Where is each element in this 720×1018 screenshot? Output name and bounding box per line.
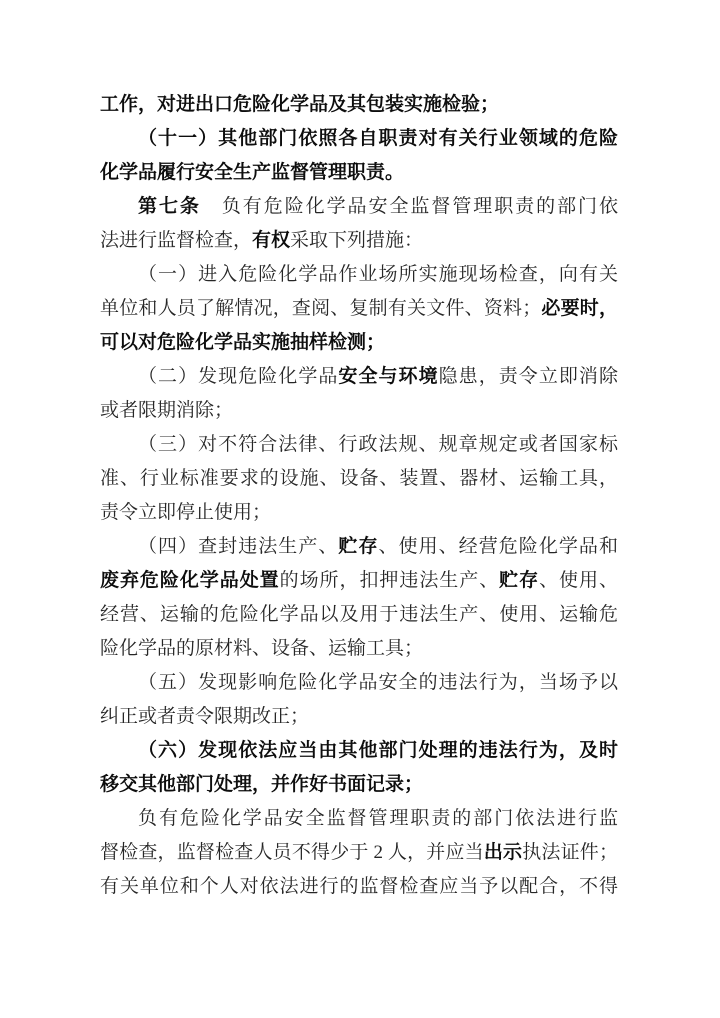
bold-text-run: 贮存 — [499, 570, 539, 591]
paragraph: 负有危险化学品安全监督管理职责的部门依法进行监督检查，监督检查人员不得少于 2 … — [100, 802, 618, 904]
text-line: 负有危险化学品安全监督管理职责的部门依法进行监 — [100, 802, 618, 836]
text-line: 或者限期消除； — [100, 394, 618, 428]
bold-text-run: 出示 — [484, 842, 522, 863]
text-line: 督检查，监督检查人员不得少于 2 人，并应当出示执法证件； — [100, 836, 618, 870]
paragraph: （六）发现依法应当由其他部门处理的违法行为，及时移交其他部门处理，并作好书面记录… — [100, 734, 618, 802]
text-line: 单位和人员了解情况，查阅、复制有关文件、资料；必要时， — [100, 292, 618, 326]
bold-text-run: （六）发现依法应当由其他部门处理的违法行为，及时 — [138, 740, 618, 761]
text-line: （三）对不符合法律、行政法规、规章规定或者国家标 — [100, 428, 618, 462]
text-line: 第七条 负有危险化学品安全监督管理职责的部门依 — [100, 190, 618, 224]
text-run: （四）查封违法生产、 — [138, 536, 338, 557]
text-run: 险化学品的原材料、设备、运输工具； — [100, 638, 423, 659]
text-line: 责令立即停止使用； — [100, 496, 618, 530]
text-run: 或者限期消除； — [100, 400, 233, 421]
bold-text-run: （十一）其他部门依照各自职责对有关行业领域的危险 — [138, 128, 618, 149]
text-run: 、使用、经营危险化学品和 — [379, 536, 618, 557]
text-line: （六）发现依法应当由其他部门处理的违法行为，及时 — [100, 734, 618, 768]
text-run: 隐患，责令立即消除 — [439, 366, 618, 387]
paragraph: （三）对不符合法律、行政法规、规章规定或者国家标准、行业标准要求的设施、设备、装… — [100, 428, 618, 530]
text-run: 准、行业标准要求的设施、设备、装置、器材、运输工具， — [100, 468, 618, 489]
text-run: 责令立即停止使用； — [100, 502, 271, 523]
bold-text-run: 化学品履行安全生产监督管理职责。 — [100, 162, 404, 183]
text-run: （五）发现影响危险化学品安全的违法行为，当场予以 — [138, 672, 618, 693]
text-line: （一）进入危险化学品作业场所实施现场检查，向有关 — [100, 258, 618, 292]
text-line: （四）查封违法生产、贮存、使用、经营危险化学品和 — [100, 530, 618, 564]
paragraph: 工作，对进出口危险化学品及其包装实施检验； — [100, 88, 618, 122]
text-run: 负有危险化学品安全监督管理职责的部门依法进行监 — [138, 808, 618, 829]
text-line: 险化学品的原材料、设备、运输工具； — [100, 632, 618, 666]
bold-text-run: 有权 — [252, 230, 290, 251]
text-run: 采取下列措施： — [290, 230, 423, 251]
text-run: 执法证件； — [522, 842, 618, 863]
bold-text-run: 可以对危险化学品实施抽样检测； — [100, 332, 385, 353]
text-line: 经营、运输的危险化学品以及用于违法生产、使用、运输危 — [100, 598, 618, 632]
text-run: 纠正或者责令限期改正； — [100, 706, 309, 727]
text-line: 化学品履行安全生产监督管理职责。 — [100, 156, 618, 190]
bold-text-run: 必要时， — [541, 298, 618, 319]
paragraph: （二）发现危险化学品安全与环境隐患，责令立即消除或者限期消除； — [100, 360, 618, 428]
paragraph: （十一）其他部门依照各自职责对有关行业领域的危险化学品履行安全生产监督管理职责。 — [100, 122, 618, 190]
paragraph: （五）发现影响危险化学品安全的违法行为，当场予以纠正或者责令限期改正； — [100, 666, 618, 734]
bold-text-run: 安全与环境 — [338, 366, 438, 387]
text-line: 工作，对进出口危险化学品及其包装实施检验； — [100, 88, 618, 122]
text-run: 法进行监督检查， — [100, 230, 252, 251]
text-line: 准、行业标准要求的设施、设备、装置、器材、运输工具， — [100, 462, 618, 496]
text-run: 单位和人员了解情况，查阅、复制有关文件、资料； — [100, 298, 541, 319]
text-line: 可以对危险化学品实施抽样检测； — [100, 326, 618, 360]
text-run: （三）对不符合法律、行政法规、规章规定或者国家标 — [138, 434, 618, 455]
text-run: 有关单位和个人对依法进行的监督检查应当予以配合，不得 — [100, 876, 618, 897]
document-body: 工作，对进出口危险化学品及其包装实施检验；（十一）其他部门依照各自职责对有关行业… — [100, 88, 618, 904]
paragraph: （四）查封违法生产、贮存、使用、经营危险化学品和废弃危险化学品处置的场所，扣押违… — [100, 530, 618, 666]
text-run: 、使用、 — [539, 570, 618, 591]
paragraph: （一）进入危险化学品作业场所实施现场检查，向有关单位和人员了解情况，查阅、复制有… — [100, 258, 618, 360]
text-line: 移交其他部门处理，并作好书面记录； — [100, 768, 618, 802]
text-run: 督检查，监督检查人员不得少于 2 人，并应当 — [100, 842, 484, 863]
text-run: 负有危险化学品安全监督管理职责的部门依 — [201, 196, 618, 217]
text-run: 的场所，扣押违法生产、 — [280, 570, 500, 591]
text-line: 有关单位和个人对依法进行的监督检查应当予以配合，不得 — [100, 870, 618, 904]
text-line: 法进行监督检查，有权采取下列措施： — [100, 224, 618, 258]
text-line: （二）发现危险化学品安全与环境隐患，责令立即消除 — [100, 360, 618, 394]
text-line: 废弃危险化学品处置的场所，扣押违法生产、贮存、使用、 — [100, 564, 618, 598]
bold-text-run: 贮存 — [338, 536, 378, 557]
document-page: 工作，对进出口危险化学品及其包装实施检验；（十一）其他部门依照各自职责对有关行业… — [0, 0, 720, 1018]
bold-text-run: 废弃危险化学品处置 — [100, 570, 280, 591]
bold-text-run: 移交其他部门处理，并作好书面记录； — [100, 774, 423, 795]
text-run: （二）发现危险化学品 — [138, 366, 338, 387]
text-line: （五）发现影响危险化学品安全的违法行为，当场予以 — [100, 666, 618, 700]
text-run: 经营、运输的危险化学品以及用于违法生产、使用、运输危 — [100, 604, 618, 625]
text-line: （十一）其他部门依照各自职责对有关行业领域的危险 — [100, 122, 618, 156]
bold-text-run: 工作，对进出口危险化学品及其包装实施检验； — [100, 94, 499, 115]
text-line: 纠正或者责令限期改正； — [100, 700, 618, 734]
bold-text-run: 第七条 — [138, 196, 201, 217]
paragraph: 第七条 负有危险化学品安全监督管理职责的部门依法进行监督检查，有权采取下列措施： — [100, 190, 618, 258]
text-run: （一）进入危险化学品作业场所实施现场检查，向有关 — [138, 264, 618, 285]
